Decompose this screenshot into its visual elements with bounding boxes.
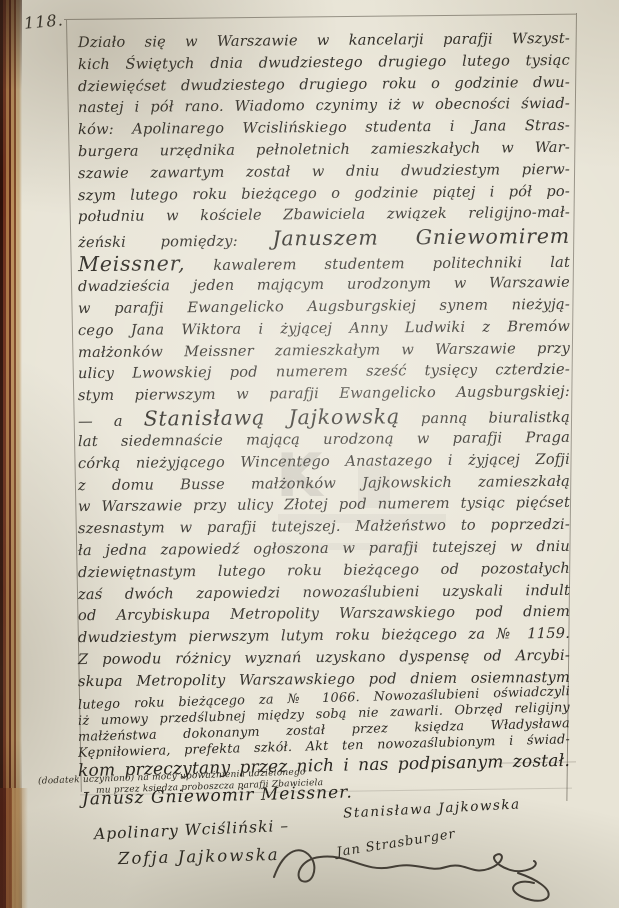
emphasized-name: Januszem Gniewomirem [272, 224, 570, 251]
record-text-segment: dziewięćset dwudziestego drugiego roku o… [78, 73, 570, 94]
record-text-segment: zaś dwóch zapowiedzi nowozaślubieni uzys… [78, 581, 570, 602]
record-text-segment: od Arcybiskupa Metropolity Warszawskiego… [78, 603, 570, 624]
record-text-segment: — a [78, 413, 144, 431]
act-number: 118. [23, 10, 64, 32]
record-text-segment: dziewiętnastym lutego roku bieżącego od … [78, 560, 570, 581]
record-text-segment: południu w kościele Zbawiciela związek r… [78, 204, 570, 225]
emphasized-name: Meissner, [78, 251, 186, 276]
officiant-signature-flourish [268, 833, 568, 908]
record-text-segment: ków: Apolinarego Wcislińskiego studenta … [78, 117, 570, 138]
record-text-segment: kawalerem studentem politechniki lat [185, 254, 570, 274]
record-text-segment: dwadzieścia jeden mającym urodzonym w Wa… [78, 274, 570, 295]
handwritten-record-text: Działo się w Warszawie w kancelarji para… [78, 30, 570, 777]
relative-signature: Zofja Jajkowska [118, 845, 280, 868]
record-text-segment: panną biuralistką [400, 409, 570, 427]
book-binding-corner [0, 788, 30, 908]
record-text-segment: szawie zawartym został w dniu dwudziesty… [78, 161, 570, 182]
record-text-segment: małżonków Meissner zamieszkałym w Warsza… [78, 339, 570, 360]
record-text-segment: lat siedemnaście mającą urodzoną w paraf… [78, 429, 570, 450]
register-page-photo: 118. K Działo się w Warszawie w kancelar… [0, 0, 619, 908]
record-text-segment: stym pierwszym w parafji Ewangelicko Aug… [78, 383, 570, 404]
record-text-segment: szesnastym w parafji tutejszej. Małżeńst… [78, 516, 570, 537]
record-text-segment: ła jedna zapowiedź ogłoszona w parafji t… [78, 538, 570, 559]
ruled-box-top-line [64, 14, 576, 20]
record-text-segment: z domu Busse małżonków Jajkowskich zamie… [78, 472, 570, 493]
record-text-segment: Z powodu różnicy wyznań uzyskano dyspens… [78, 647, 570, 668]
record-text-segment: szym lutego roku bieżącego o godzinie pi… [78, 182, 570, 203]
record-text-segment: nastej i pół rano. Wiadomo czynimy iż w … [78, 95, 570, 116]
emphasized-name: Stanisławą Jajkowską [144, 404, 401, 430]
record-text-segment: w parafji Ewangelicko Augsburgskiej syne… [78, 296, 570, 317]
record-text-segment: Działo się w Warszawie w kancelarji para… [78, 30, 570, 51]
book-binding-edge [0, 0, 22, 908]
bride-signature: Stanisława Jajkowska [343, 796, 521, 821]
record-text-segment: kich Świętych dnia dwudziestego drugiego… [78, 52, 570, 73]
record-text-segment: burgera urzędnika pełnoletnich zamieszka… [78, 139, 570, 160]
record-text-segment: żeński pomiędzy: [78, 233, 273, 252]
record-text-segment: córką nieżyjącego Wincentego Anastazego … [78, 451, 570, 472]
record-text-segment: dwudziestym pierwszym lutym roku bieżące… [78, 625, 570, 646]
record-text-segment: ulicy Lwowskiej pod numerem sześć tysięc… [78, 361, 570, 382]
witness1-signature: Apolinary Wciśliński – [94, 817, 290, 843]
record-text-segment: w Warszawie przy ulicy Złotej pod numere… [78, 494, 570, 515]
record-text-segment: cego Jana Wiktora i żyjącej Anny Ludwiki… [78, 318, 570, 339]
